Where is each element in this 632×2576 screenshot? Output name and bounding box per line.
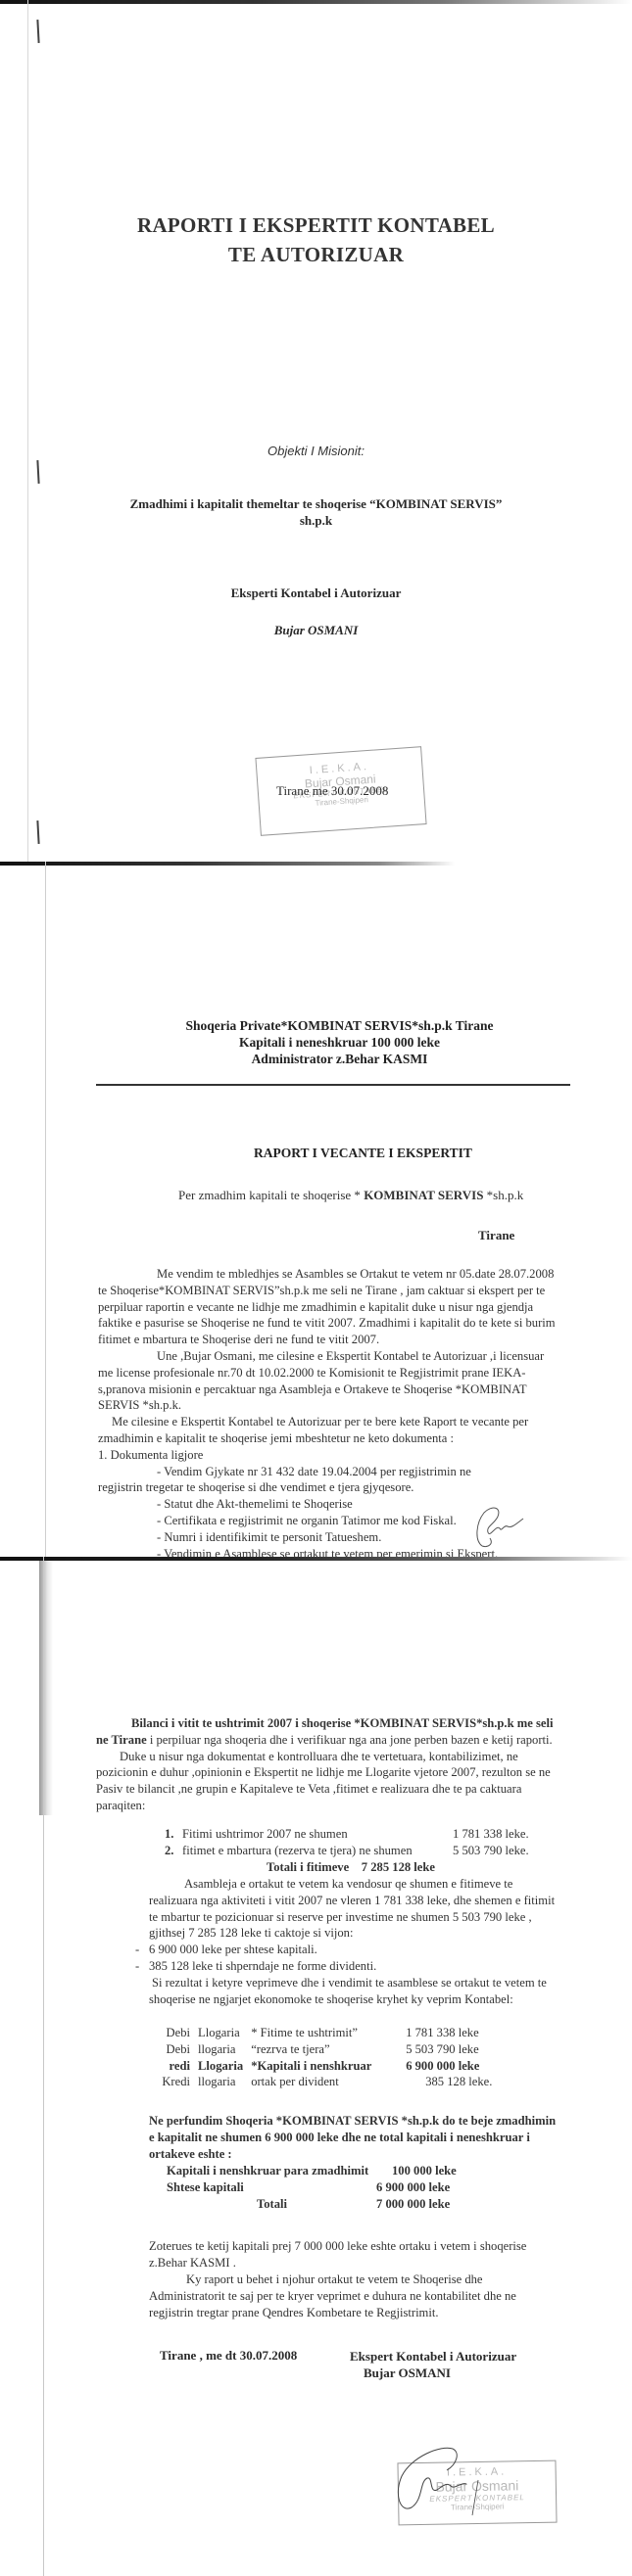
company-capital: Kapitali i neneshkruar 100 000 leke bbox=[47, 1034, 632, 1051]
mission-label: Objekti I Misionit: bbox=[0, 444, 632, 458]
cover-page: RAPORTI I EKSPERTIT KONTABEL TE AUTORIZU… bbox=[0, 0, 632, 862]
mission-line-2: sh.p.k bbox=[0, 512, 632, 529]
profits-total: Totali i fitimeve 7 285 128 leke bbox=[267, 1859, 435, 1876]
scan-mark bbox=[36, 460, 39, 484]
accounting-entries-table: Debi Llogaria * Fitime te ushtrimit” 1 7… bbox=[159, 2025, 500, 2090]
paragraph-appointment: Me vendim te mbledhjes se Asambles se Or… bbox=[98, 1266, 559, 1348]
balance-intro: Bilanci i vitit te ushtrimit 2007 i shoq… bbox=[96, 1715, 555, 1814]
page-left-edge bbox=[27, 0, 28, 862]
signer-role: Ekspert Kontabel i Autorizuar bbox=[350, 2348, 516, 2365]
list-item: - Vendim Gjykate nr 31 432 date 19.04.20… bbox=[98, 1464, 559, 1480]
list-item: regjistrin tregetar te shoqerise si dhe … bbox=[98, 1479, 559, 1496]
page-left-edge bbox=[45, 862, 46, 1557]
company-name-inline: KOMBINAT SERVIS bbox=[364, 1188, 483, 1202]
table-row: Debi llogaria “rezrva te tjera” 5 503 79… bbox=[159, 2041, 500, 2058]
profit-row: 2. fitimet e mbartura (rezerva te tjera)… bbox=[165, 1843, 557, 1859]
capital-row: Kapitali i nenshkruar para zmadhimit 100… bbox=[167, 2163, 457, 2179]
profit-row: 1. Fitimi ushtrimor 2007 ne shumen 1 781… bbox=[165, 1826, 557, 1843]
page-top-edge bbox=[0, 0, 632, 4]
profits-list: 1. Fitimi ushtrimor 2007 ne shumen 1 781… bbox=[165, 1826, 557, 1859]
mission-description: Zmadhimi i kapitalit themeltar te shoqer… bbox=[0, 495, 632, 529]
title-line-1: RAPORTI I EKSPERTIT KONTABEL bbox=[0, 211, 632, 240]
scan-mark bbox=[36, 20, 39, 43]
allocation-list: -6 900 000 leke per shtese kapitali. -38… bbox=[135, 1942, 566, 1975]
table-row: redi Llogaria *Kapitali i nenshkruar 6 9… bbox=[159, 2058, 500, 2075]
mission-line-1: Zmadhimi i kapitalit themeltar te shoqer… bbox=[0, 495, 632, 512]
expert-role: Eksperti Kontabel i Autorizuar bbox=[0, 585, 632, 601]
paragraph-balance-findings: Duke u nisur nga dokumentat e kontrollua… bbox=[96, 1749, 555, 1814]
company-name: Shoqeria Private*KOMBINAT SERVIS*sh.p.k … bbox=[47, 1017, 632, 1034]
paragraph-documents-intro: Me cilesine e Ekspertit Kontabel te Auto… bbox=[98, 1414, 559, 1447]
special-report-page: Shoqeria Private*KOMBINAT SERVIS*sh.p.k … bbox=[0, 862, 632, 1557]
allocation-item: -6 900 000 leke per shtese kapitali. bbox=[135, 1942, 566, 1958]
place-date: Tirane me 30.07.2008 bbox=[276, 783, 388, 799]
assembly-decision: Asambleja e ortakut te vetem ka vendosur… bbox=[149, 1876, 560, 1942]
report-purpose: Per zmadhim kapitali te shoqerise * KOMB… bbox=[178, 1188, 523, 1204]
section-legal-documents: 1. Dokumenta ligjore bbox=[98, 1447, 559, 1464]
special-report-title: RAPORT I VECANTE I EKSPERTIT bbox=[254, 1145, 472, 1161]
page-left-edge bbox=[43, 1557, 44, 2576]
accounting-entries: Debi Llogaria * Fitime te ushtrimit” 1 7… bbox=[159, 2025, 500, 2090]
title-line-2: TE AUTORIZUAR bbox=[0, 240, 632, 269]
signature-icon bbox=[468, 1503, 529, 1552]
signer-block: Ekspert Kontabel i Autorizuar Bujar OSMA… bbox=[350, 2348, 516, 2381]
table-row: Debi Llogaria * Fitime te ushtrimit” 1 7… bbox=[159, 2025, 500, 2041]
conclusion: Ne perfundim Shoqeria *KOMBINAT SERVIS *… bbox=[149, 2113, 560, 2162]
signature-icon bbox=[382, 2443, 510, 2521]
owner-statement: Zoterues te ketij kapitali prej 7 000 00… bbox=[149, 2238, 560, 2272]
page-fold-shadow bbox=[39, 1561, 53, 1815]
header-divider bbox=[96, 1084, 570, 1086]
report-title: RAPORTI I EKSPERTIT KONTABEL TE AUTORIZU… bbox=[0, 211, 632, 269]
allocation-item: -385 128 leke ti shperndaje ne forme div… bbox=[135, 1958, 566, 1975]
scan-mark bbox=[36, 820, 39, 844]
balance-page: Bilanci i vitit te ushtrimit 2007 i shoq… bbox=[0, 1557, 632, 2576]
paragraph-expert-license: Une ,Bujar Osmani, me cilesine e Ekspert… bbox=[98, 1348, 559, 1414]
expert-name: Bujar OSMANI bbox=[0, 622, 632, 638]
place-date: Tirane , me dt 30.07.2008 bbox=[160, 2348, 297, 2364]
table-row: Kredi llogaria ortak per divident 385 12… bbox=[159, 2074, 500, 2090]
page-top-edge bbox=[0, 1557, 632, 1561]
accounting-entry-intro: Si rezultat i ketyre veprimeve dhe i ven… bbox=[149, 1975, 560, 2008]
capital-row: Shtese kapitali 6 900 000 leke bbox=[167, 2179, 457, 2196]
page-top-edge bbox=[0, 862, 632, 866]
company-administrator: Administrator z.Behar KASMI bbox=[47, 1051, 632, 1067]
final-statement: Ky raport u behet i njohur ortakut te ve… bbox=[149, 2272, 560, 2320]
capital-summary: Kapitali i nenshkruar para zmadhimit 100… bbox=[167, 2163, 457, 2212]
capital-row: Totali 7 000 000 leke bbox=[167, 2196, 457, 2213]
company-header: Shoqeria Private*KOMBINAT SERVIS*sh.p.k … bbox=[0, 1017, 632, 1067]
signer-name: Bujar OSMANI bbox=[350, 2365, 516, 2381]
city: Tirane bbox=[478, 1228, 514, 1243]
